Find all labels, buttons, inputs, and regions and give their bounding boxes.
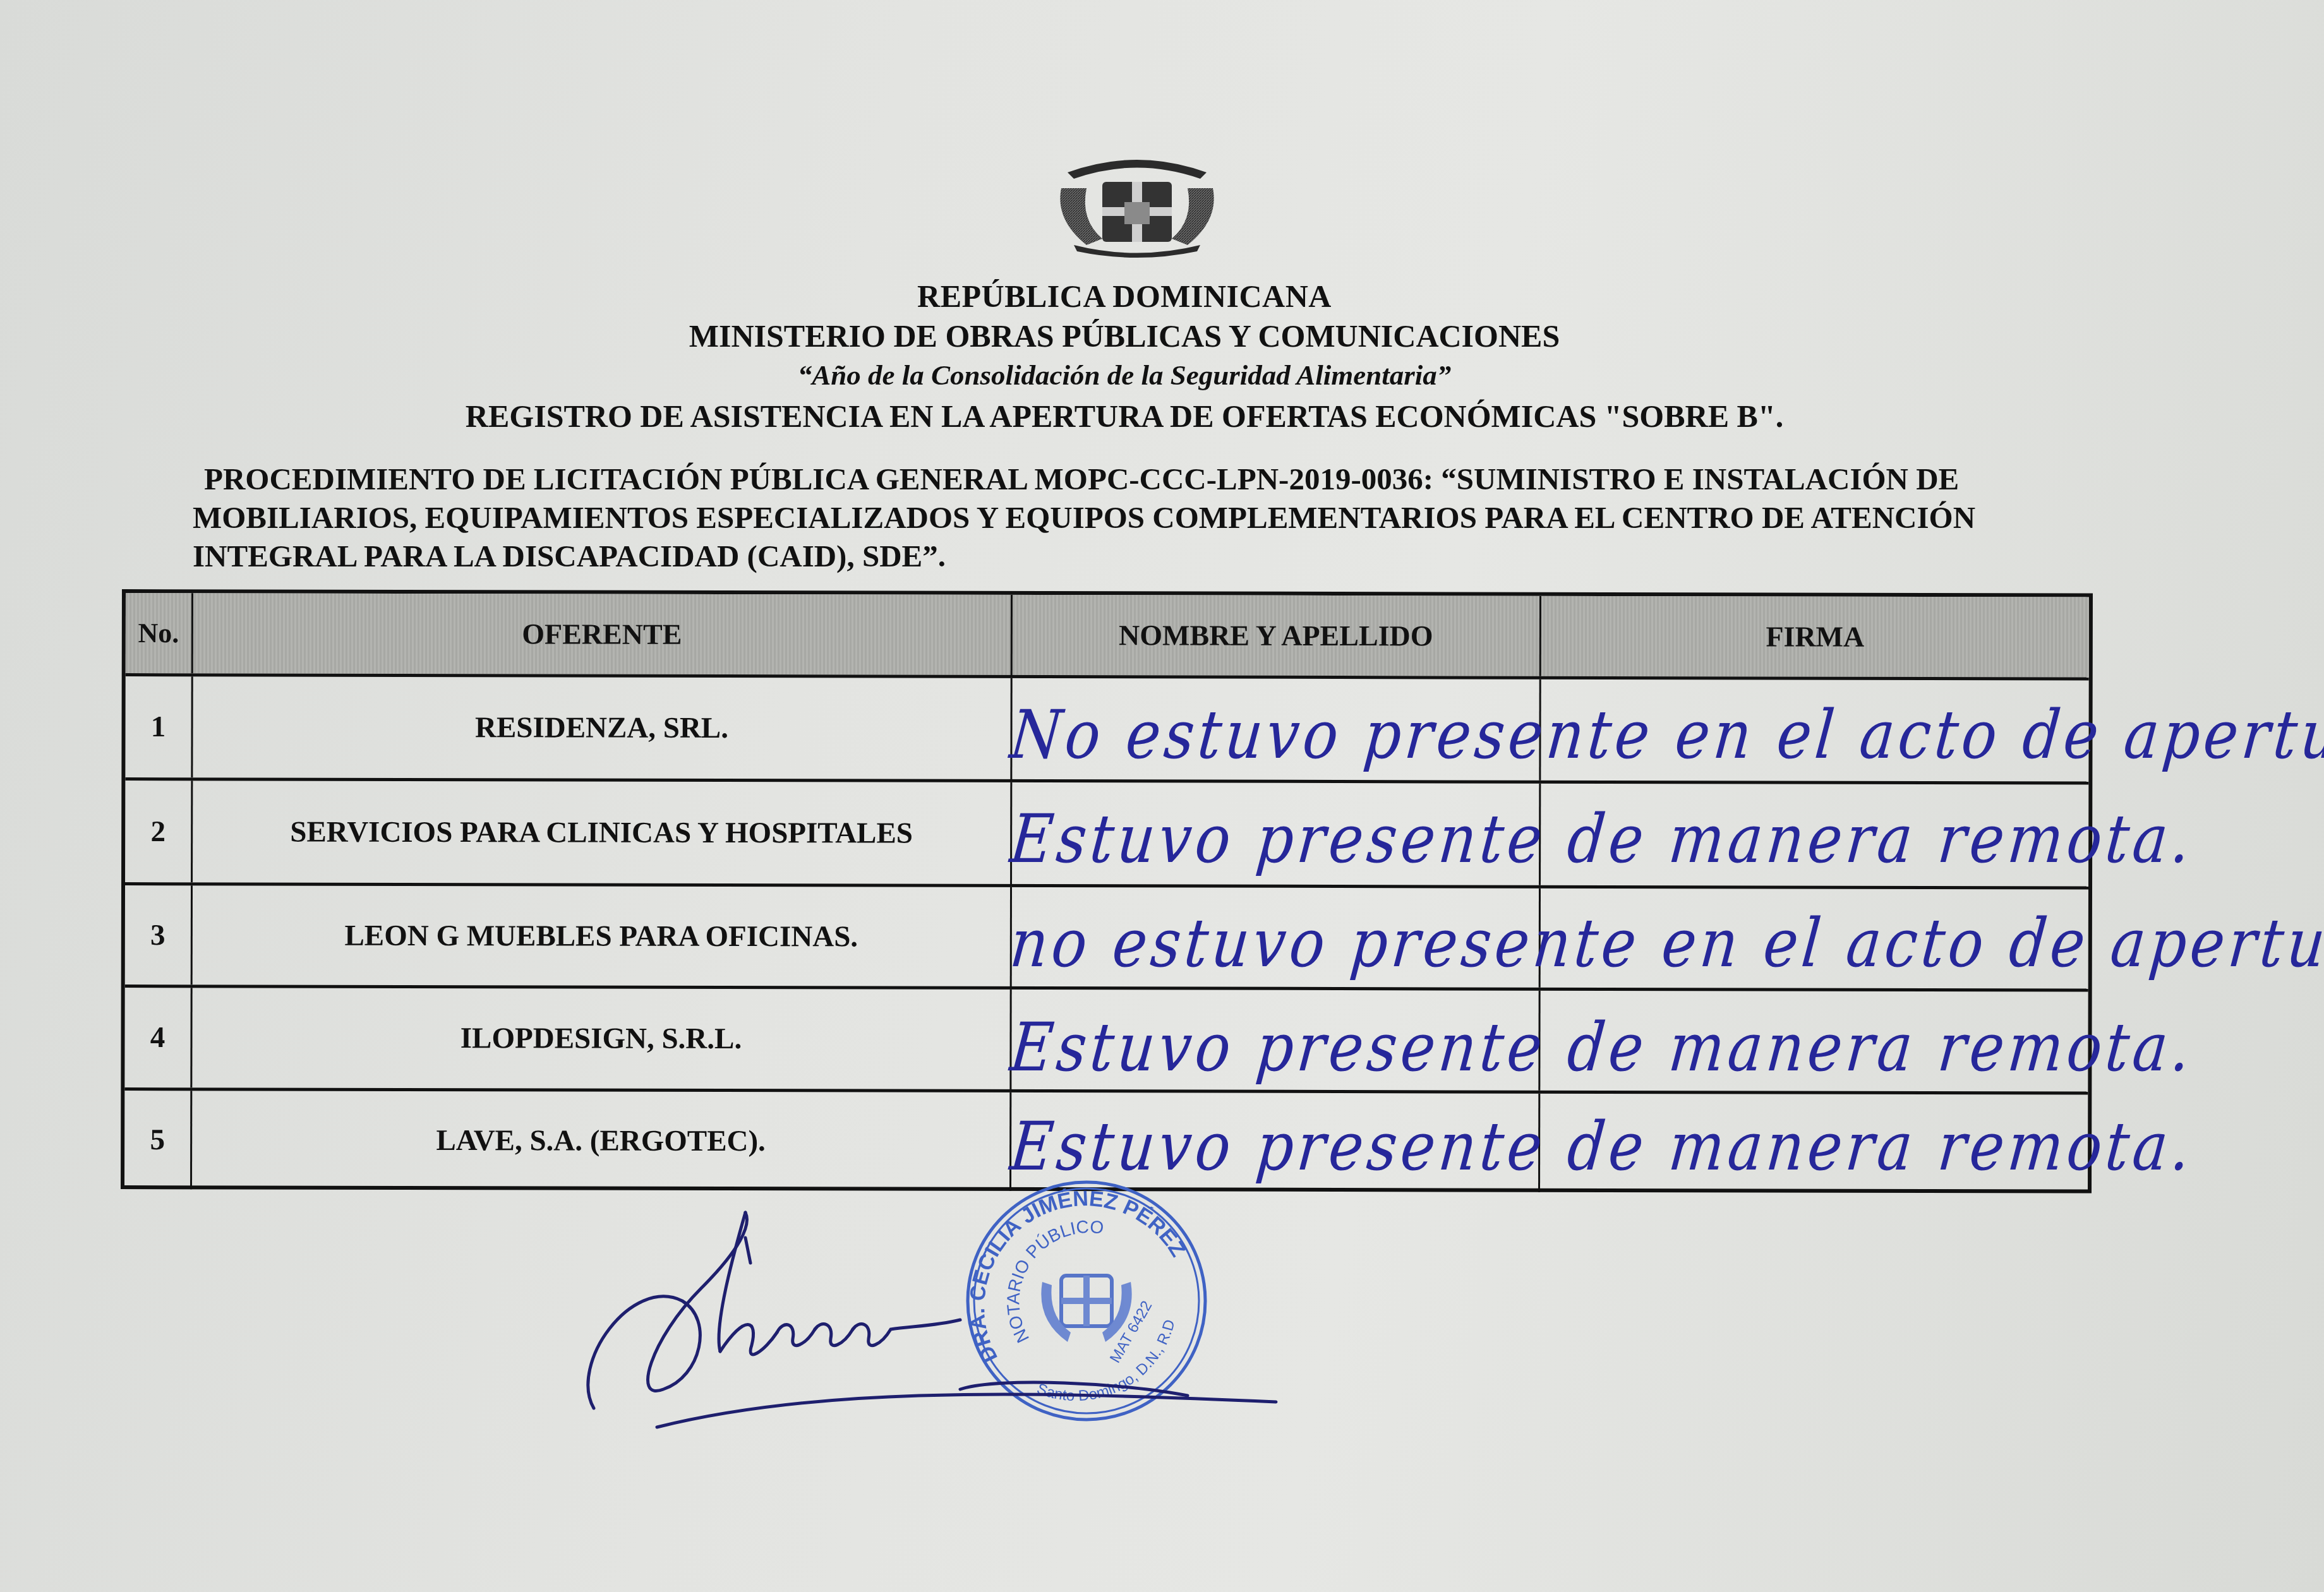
document-page: REPÚBLICA DOMINICANA MINISTERIO DE OBRAS…: [0, 0, 2324, 1592]
register-title: REGISTRO DE ASISTENCIA EN LA APERTURA DE…: [0, 398, 2249, 434]
procedure-line: MOBILIARIOS, EQUIPAMIENTOS ESPECIALIZADO…: [193, 498, 2100, 537]
oferente-name: LAVE, S.A. (ERGOTEC).: [192, 1091, 1011, 1191]
oferente-name: SERVICIOS PARA CLINICAS Y HOSPITALES: [193, 781, 1012, 884]
row-number: 1: [125, 676, 193, 777]
oferente-name: LEON G MUEBLES PARA OFICINAS.: [193, 885, 1012, 986]
coat-of-arms-icon: [1042, 144, 1232, 258]
row-number: 3: [125, 885, 193, 985]
table-header-row: No. OFERENTE NOMBRE Y APELLIDO FIRMA: [126, 593, 2089, 681]
column-header-oferente: OFERENTE: [193, 593, 1013, 675]
column-header-nombre-apellido: NOMBRE Y APELLIDO: [1013, 595, 1541, 676]
column-header-number: No.: [126, 593, 193, 673]
row-number: 5: [124, 1091, 192, 1189]
signature: [556, 1200, 1289, 1452]
handwritten-note: Estuvo presente de manera remota.: [1007, 1008, 2100, 1086]
oferente-name: ILOPDESIGN, S.R.L.: [192, 988, 1011, 1089]
country-heading: REPÚBLICA DOMINICANA: [0, 278, 2249, 314]
handwritten-note: Estuvo presente de manera remota.: [1007, 800, 2100, 878]
handwritten-note: Estuvo presente de manera remota.: [1007, 1108, 2100, 1185]
row-number: 4: [124, 988, 192, 1087]
procedure-description: PROCEDIMIENTO DE LICITACIÓN PÚBLICA GENE…: [193, 460, 2100, 575]
year-motto: “Año de la Consolidación de la Seguridad…: [0, 359, 2249, 392]
column-header-firma: FIRMA: [1541, 596, 2089, 678]
signature-mark: [556, 1200, 1289, 1452]
ministry-heading: MINISTERIO DE OBRAS PÚBLICAS Y COMUNICAC…: [0, 318, 2249, 354]
handwritten-note: No estuvo presente en el acto de apertur…: [1007, 696, 2100, 774]
procedure-line: INTEGRAL PARA LA DISCAPACIDAD (CAID), SD…: [193, 537, 2100, 575]
attendance-table: No. OFERENTE NOMBRE Y APELLIDO FIRMA 1 R…: [121, 589, 2093, 1194]
handwritten-note: no estuvo presente en el acto de apertur…: [1007, 904, 2100, 982]
oferente-name: RESIDENZA, SRL.: [193, 676, 1012, 779]
procedure-line: PROCEDIMIENTO DE LICITACIÓN PÚBLICA GENE…: [193, 460, 2100, 498]
row-number: 2: [125, 781, 193, 882]
